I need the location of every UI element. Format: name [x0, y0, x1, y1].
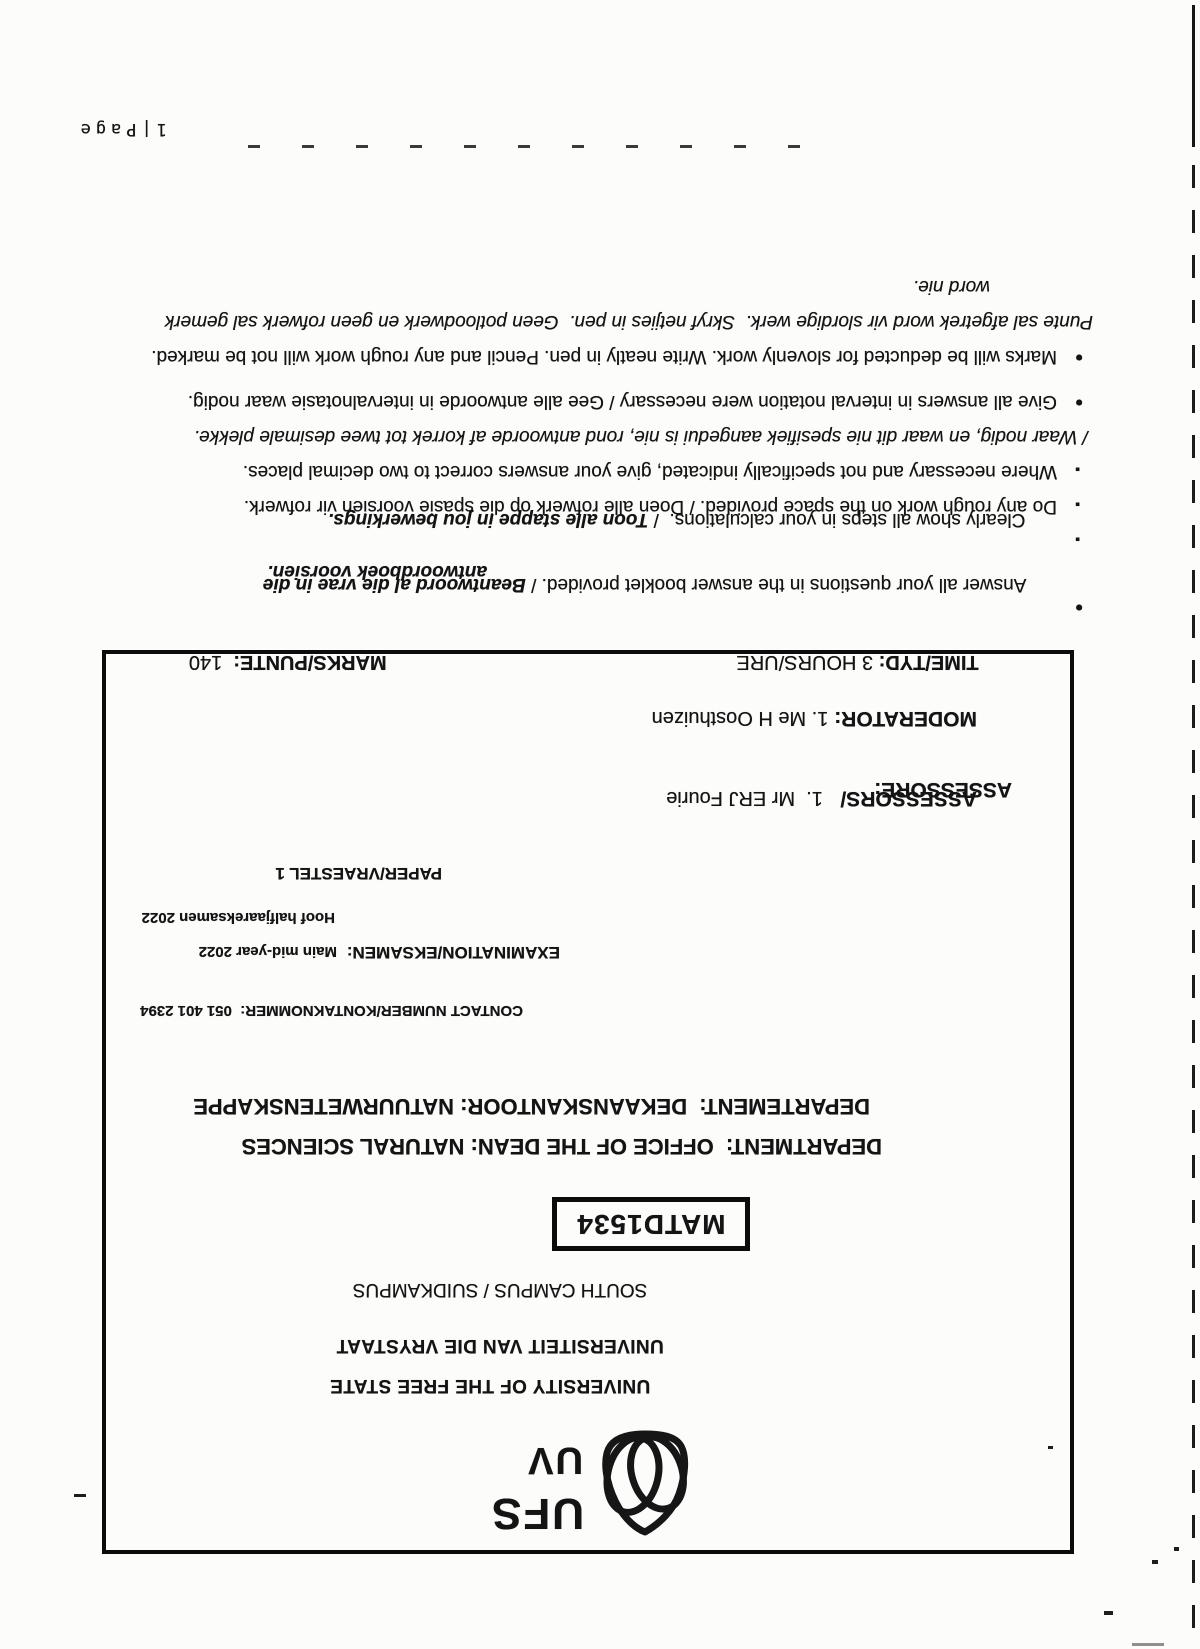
- page-number-footer: 1|Page: [76, 119, 167, 139]
- moderator-value: 1. Me H Oosthuizen: [652, 707, 829, 729]
- examination-value-afrikaans: Hoof halfjaareksamen 2022: [142, 909, 335, 926]
- marks-value: 140: [189, 651, 222, 673]
- contact-row: CONTACT NUMBER/KONTAKNOMMER: 051 401 239…: [140, 985, 548, 1036]
- marks-spacer: [222, 651, 233, 673]
- instruction-item-6-english: Marks will be deducted for slovenly work…: [151, 345, 1057, 367]
- module-code-box: MATD1534: [552, 1197, 750, 1251]
- moderator-label: MODERATOR:: [834, 707, 977, 730]
- time-spacer: [873, 651, 879, 673]
- campus-name: SOUTH CAMPUS / SUIDKAMPUS: [210, 1278, 790, 1300]
- scanned-page: UFS UV UNIVERSITY OF THE FREE STATE UNIV…: [0, 0, 1200, 1649]
- bullet-square-icon: ▪: [1075, 463, 1080, 477]
- examination-label: EXAMINATION/EKSAMEN:: [347, 942, 560, 962]
- time-row: TIME/TYD: 3 HOURS/URE: [736, 627, 1012, 696]
- instruction-item-5: Give all answers in interval notation we…: [188, 390, 1057, 412]
- contact-label: CONTACT NUMBER/KONTAKNOMMER:: [240, 1002, 523, 1019]
- time-label: TIME/TYD:: [879, 651, 979, 673]
- university-name-english: UNIVERSITY OF THE FREE STATE: [200, 1374, 780, 1396]
- instruction-item-3: Do any rough work on the space provided.…: [244, 495, 1057, 517]
- instruction-item-6-afrikaans-continued: word nie.: [913, 275, 990, 297]
- instruction-item-4-afrikaans: / Waar nodig, en waar dit nie spesifiek …: [194, 425, 1088, 447]
- instruction-1-afrikaans-continued: antwoordboek voorsien.: [267, 560, 487, 582]
- ufs-logo-emblem-icon: [593, 1429, 697, 1539]
- contact-value: 051 401 2394: [140, 1002, 232, 1019]
- department-line-afrikaans: DEPARTEMENT: DEKAANSKANTOOR: NATUURWETEN…: [193, 1093, 870, 1119]
- module-code: MATD1534: [576, 1208, 725, 1240]
- instruction-1-english: Answer all your questions in the answer …: [526, 574, 1027, 595]
- instruction-item-6-afrikaans: Punte sal afgetrek word vir slordige wer…: [165, 310, 1093, 332]
- university-name-afrikaans: UNIVERSITEIT VAN DIE VRYSTAAT: [210, 1334, 790, 1356]
- bullet-square-icon: ▪: [1075, 533, 1080, 547]
- contact-value-spacer: [232, 1002, 240, 1019]
- assessore-label: ASSESSORE:: [874, 777, 1012, 801]
- bullet-dot-icon: •: [1075, 346, 1083, 368]
- examination-value-english: Main mid-year 2022: [199, 943, 337, 960]
- marks-row: MARKS/PUNTE: 140: [189, 627, 420, 696]
- bullet-square-icon: ▪: [1075, 498, 1080, 512]
- assessors-value: 1. Mr ERJ Fourie: [666, 787, 823, 809]
- assessors-spacer: [823, 787, 841, 810]
- bullet-dot-icon: •: [1075, 391, 1083, 413]
- time-value: 3 HOURS/URE: [736, 651, 873, 673]
- exam-cover-sheet-rotated-180: UFS UV UNIVERSITY OF THE FREE STATE UNIV…: [0, 0, 1200, 1649]
- marks-label: MARKS/PUNTE:: [233, 651, 386, 673]
- ufs-logo-text-en: UFS: [490, 1491, 584, 1535]
- paper-number: PAPER/VRAESTEL 1: [275, 863, 442, 883]
- instruction-item-4-english: Where necessary and not specifically ind…: [243, 460, 1057, 482]
- department-line-english: DEPARTMENT: OFFICE OF THE DEAN: NATURAL …: [242, 1133, 882, 1159]
- moderator-spacer: [828, 707, 834, 730]
- footer-divider-line: [240, 145, 800, 148]
- bullet-dot-icon: •: [1075, 596, 1083, 618]
- ufs-logo-text-af: UV: [526, 1441, 583, 1479]
